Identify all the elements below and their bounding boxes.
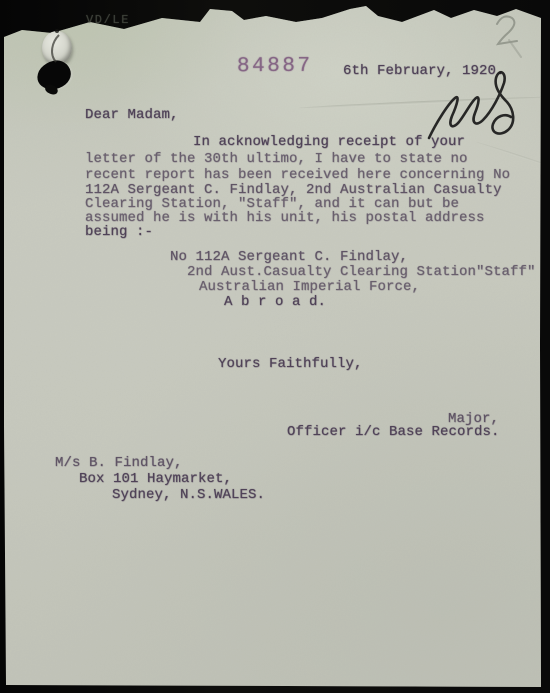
reference-mark: VD/LE xyxy=(86,13,130,27)
postal-address-line: Australian Imperial Force, xyxy=(199,279,420,295)
paper-crease xyxy=(299,96,549,110)
postal-address-line: No 112A Sergeant C. Findlay, xyxy=(170,249,408,265)
body-line: being :- xyxy=(85,224,153,240)
recipient-line: Box 101 Haymarket, xyxy=(79,471,232,487)
recipient-line: Sydney, N.S.WALES. xyxy=(112,487,265,503)
body-line: letter of the 30th ultimo, I have to sta… xyxy=(85,151,468,167)
registry-number-stamp: 84887 xyxy=(237,55,313,79)
salutation: Dear Madam, xyxy=(85,107,179,123)
body-line: recent report has been received here con… xyxy=(85,167,510,183)
signature-office: Officer i/c Base Records. xyxy=(287,424,500,440)
valediction: Yours Faithfully, xyxy=(218,356,363,372)
recipient-line: M/s B. Findlay, xyxy=(55,455,183,471)
body-line: In acknowledging receipt of your xyxy=(193,134,465,150)
postal-address-line: A b r o a d. xyxy=(224,294,326,310)
scanned-letter: VD/LE 84887 6th February, 1920. Dear Mad… xyxy=(0,0,550,693)
date-line: 6th February, 1920. xyxy=(343,63,505,79)
postal-address-line: 2nd Aust.Casualty Clearing Station"Staff… xyxy=(187,264,536,280)
